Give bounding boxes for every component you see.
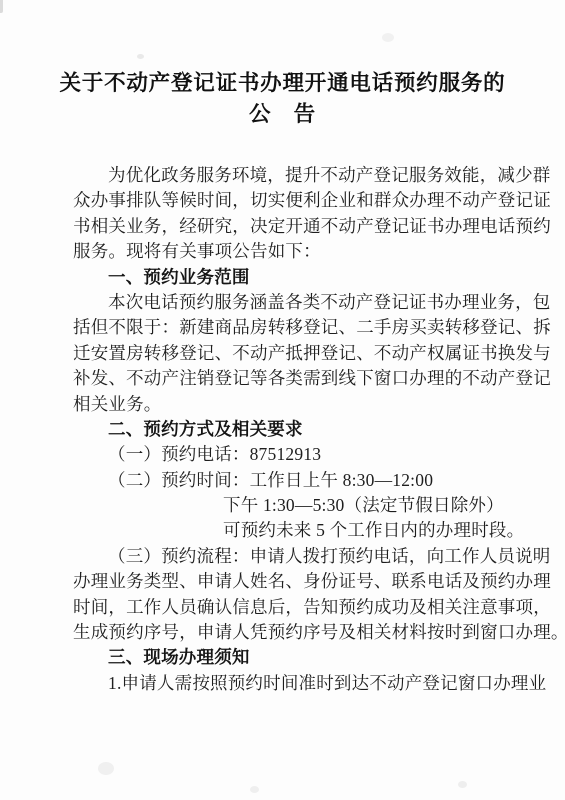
intro-line: 服务。现将有关事项公告如下： — [73, 239, 535, 264]
document-title-line-2: 公 告 — [0, 99, 565, 130]
intro-line: 书相关业务，经研究，决定开通不动产登记证书办理电话预约 — [73, 214, 535, 239]
intro-line: 众办事排队等候时间，切实便利企业和群众办理不动产登记证 — [73, 188, 535, 213]
phone-number-line: （一）预约电话：87512913 — [73, 442, 535, 467]
section1-heading: 一、预约业务范围 — [73, 265, 535, 290]
document-title-line-1: 关于不动产登记证书办理开通电话预约服务的 — [0, 68, 565, 99]
section1-line: 本次电话预约服务涵盖各类不动产登记证书办理业务，包 — [73, 290, 535, 315]
section3-heading: 三、现场办理须知 — [73, 645, 535, 670]
section1-line: 括但不限于：新建商品房转移登记、二手房买卖转移登记、拆 — [73, 315, 535, 340]
booking-flow-line: （三）预约流程：申请人拨打预约电话，向工作人员说明 — [73, 544, 535, 569]
intro-line: 为优化政务服务环境，提升不动产登记服务效能，减少群 — [73, 163, 535, 188]
scan-artifact-smudge — [250, 786, 259, 793]
section2-heading: 二、预约方式及相关要求 — [73, 417, 535, 442]
booking-time-line: 可预约未来 5 个工作日内的办理时段。 — [73, 518, 535, 543]
scan-artifact-edge-streak — [0, 0, 3, 13]
booking-time-line: （二）预约时间：工作日上午 8:30—12:00 — [73, 468, 535, 493]
booking-flow-line: 生成预约序号，申请人凭预约序号及相关材料按时到窗口办理。 — [73, 620, 535, 645]
booking-flow-line: 办理业务类型、申请人姓名、身份证号、联系电话及预约办理 — [73, 569, 535, 594]
section1-line: 补发、不动产注销登记等各类需到线下窗口办理的不动产登记 — [73, 366, 535, 391]
scan-artifact-smudge — [458, 781, 467, 788]
scan-artifact-smudge — [98, 762, 114, 775]
section3-line: 1.申请人需按照预约时间准时到达不动产登记窗口办理业 — [73, 671, 535, 696]
section1-line: 迁安置房转移登记、不动产抵押登记、不动产权属证书换发与 — [73, 341, 535, 366]
document-page: 关于不动产登记证书办理开通电话预约服务的 公 告 为优化政务服务环境，提升不动产… — [0, 0, 565, 800]
section1-line: 相关业务。 — [73, 392, 535, 417]
scan-artifact-smudge — [382, 33, 394, 42]
document-title: 关于不动产登记证书办理开通电话预约服务的 公 告 — [0, 68, 565, 130]
scan-artifact-smudge — [137, 54, 144, 59]
document-body: 为优化政务服务环境，提升不动产登记服务效能，减少群 众办事排队等候时间，切实便利… — [73, 163, 535, 696]
booking-flow-line: 时间，工作人员确认信息后，告知预约成功及相关注意事项， — [73, 595, 535, 620]
booking-time-line: 下午 1:30—5:30（法定节假日除外） — [73, 493, 535, 518]
